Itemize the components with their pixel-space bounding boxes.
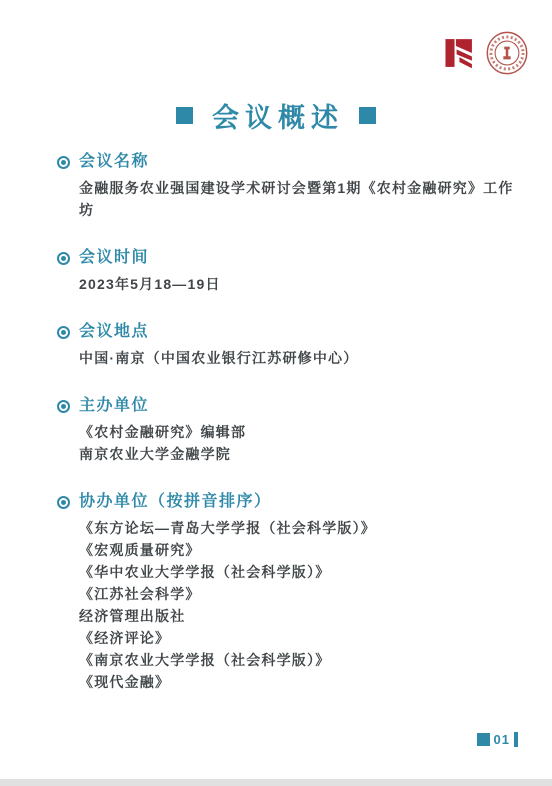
bullet-icon [57,156,70,169]
page-bottom-edge [0,779,552,786]
section-line: 南京农业大学金融学院 [79,443,246,465]
section-content: 主办单位 《农村金融研究》编辑部南京农业大学金融学院 [79,397,246,465]
title-square-right-icon [359,107,376,124]
section-lines: 中国·南京（中国农业银行江苏研修中心） [79,347,358,369]
bullet-icon [57,496,70,509]
section-heading: 会议名称 [79,153,524,171]
document-page: 会议概述 会议名称 金融服务农业强国建设学术研讨会暨第1期《农村金融研究》工作坊… [0,0,552,786]
bullet-icon [57,326,70,339]
page-title-text: 会议概述 [208,96,344,135]
section-line: 《农村金融研究》编辑部 [79,421,246,443]
section-line: 《宏观质量研究》 [79,539,376,561]
footer-bar-icon [514,732,518,747]
page-title: 会议概述 [0,96,552,135]
title-square-left-icon [176,107,193,124]
journal-flag-logo-icon [442,33,474,73]
section-heading: 会议地点 [79,323,358,341]
section-lines: 金融服务农业强国建设学术研讨会暨第1期《农村金融研究》工作坊 [79,177,524,221]
section-line: 经济管理出版社 [79,605,376,627]
sections-list: 会议名称 金融服务农业强国建设学术研讨会暨第1期《农村金融研究》工作坊 会议时间… [57,153,524,721]
section: 会议名称 金融服务农业强国建设学术研讨会暨第1期《农村金融研究》工作坊 [57,153,524,221]
section-lines: 《东方论坛—青岛大学学报（社会科学版）》《宏观质量研究》《华中农业大学学报（社会… [79,517,376,693]
section-content: 会议地点 中国·南京（中国农业银行江苏研修中心） [79,323,358,369]
section: 会议时间 2023年5月18—19日 [57,249,524,295]
section: 协办单位（按拼音排序） 《东方论坛—青岛大学学报（社会科学版）》《宏观质量研究》… [57,493,524,693]
footer-square-icon [477,733,490,746]
section-line: 《江苏社会科学》 [79,583,376,605]
section-line: 《华中农业大学学报（社会科学版）》 [79,561,376,583]
section-line: 《南京农业大学学报（社会科学版）》 [79,649,376,671]
section-line: 《现代金融》 [79,671,376,693]
section: 主办单位 《农村金融研究》编辑部南京农业大学金融学院 [57,397,524,465]
section-content: 会议名称 金融服务农业强国建设学术研讨会暨第1期《农村金融研究》工作坊 [79,153,524,221]
section-lines: 《农村金融研究》编辑部南京农业大学金融学院 [79,421,246,465]
page-footer: 01 [477,732,518,747]
section-heading: 会议时间 [79,249,221,267]
section-line: 中国·南京（中国农业银行江苏研修中心） [79,347,358,369]
section-line: 《经济评论》 [79,627,376,649]
section-line: 金融服务农业强国建设学术研讨会暨第1期《农村金融研究》工作坊 [79,177,524,221]
university-seal-icon [485,30,529,76]
bullet-icon [57,400,70,413]
section-lines: 2023年5月18—19日 [79,273,221,295]
section-content: 会议时间 2023年5月18—19日 [79,249,221,295]
section-heading: 主办单位 [79,397,246,415]
section-line: 《东方论坛—青岛大学学报（社会科学版）》 [79,517,376,539]
section-line: 2023年5月18—19日 [79,273,221,295]
bullet-icon [57,252,70,265]
header-logos [442,30,529,76]
section-content: 协办单位（按拼音排序） 《东方论坛—青岛大学学报（社会科学版）》《宏观质量研究》… [79,493,376,693]
section: 会议地点 中国·南京（中国农业银行江苏研修中心） [57,323,524,369]
section-heading: 协办单位（按拼音排序） [79,493,376,511]
page-number: 01 [494,732,510,747]
